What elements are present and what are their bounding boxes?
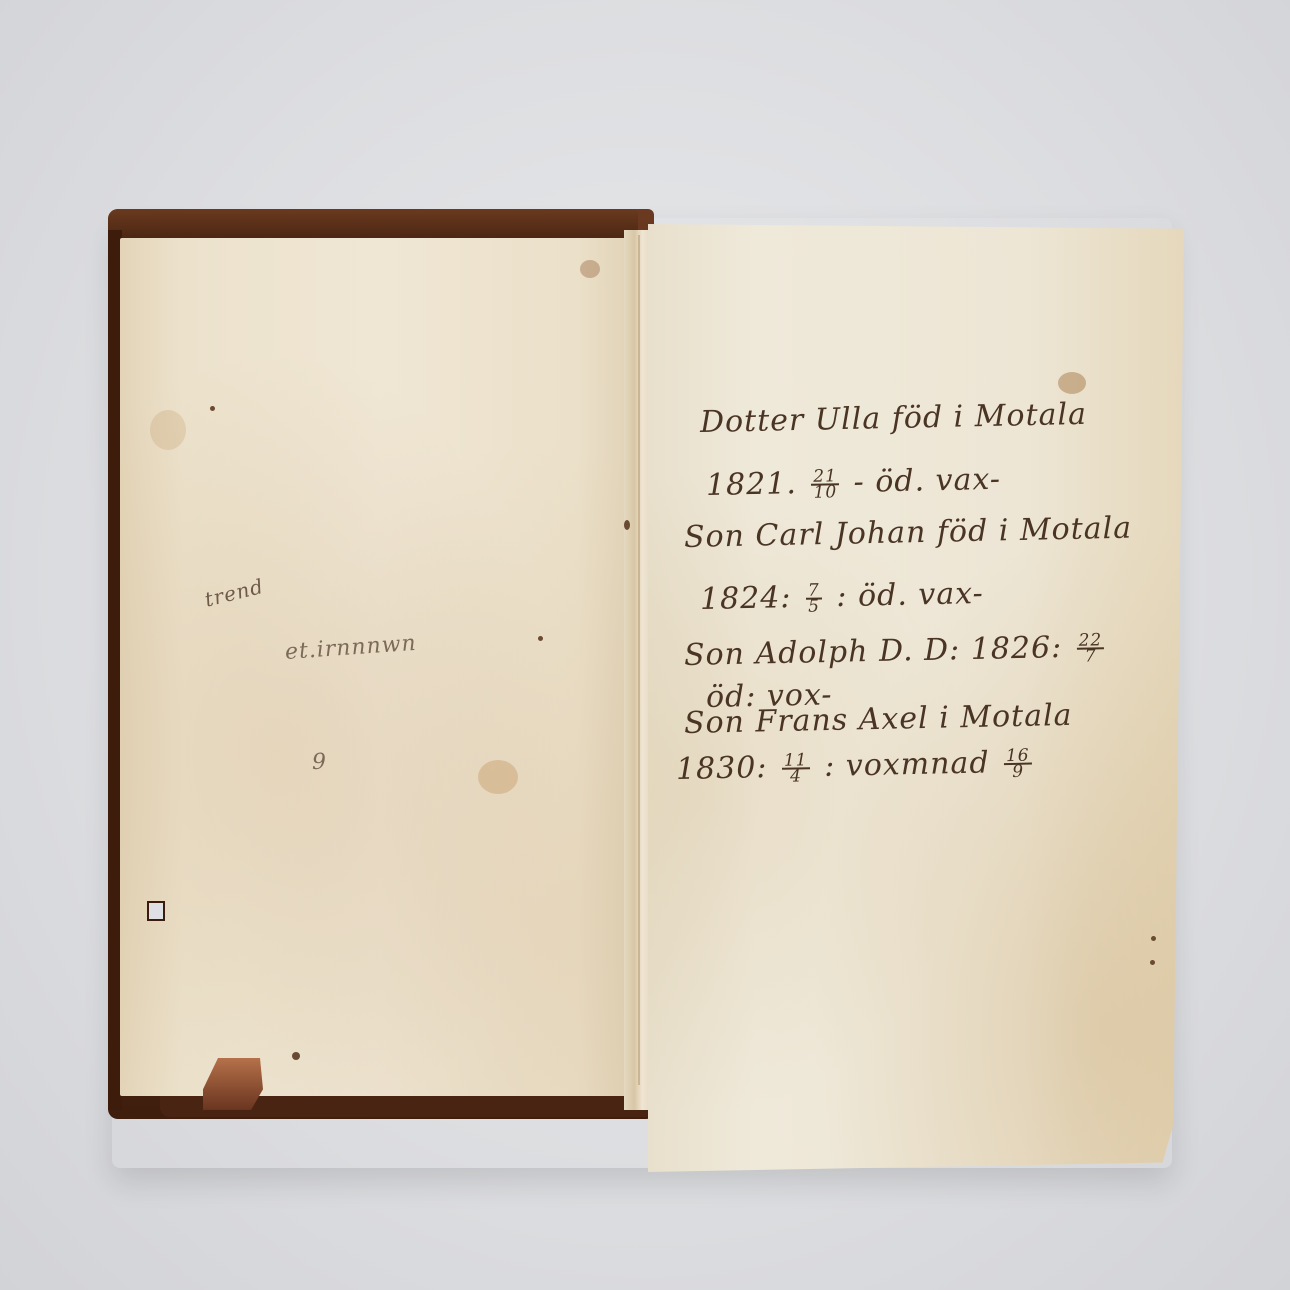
foxing-stain: [580, 260, 600, 278]
entry-year: 1821.: [706, 466, 798, 503]
entry-date-fraction: 227: [1076, 633, 1104, 664]
entry-date-fraction: 169: [1004, 749, 1032, 780]
entry-year: 1824:: [700, 580, 792, 617]
cover-edge-top: [108, 209, 638, 239]
ink-speck: [1150, 960, 1155, 965]
foxing-stain: [478, 760, 518, 794]
book-gutter: [624, 230, 650, 1110]
entry-date-fraction: 75: [806, 583, 822, 613]
left-pastedown-page: [120, 238, 640, 1096]
foxing-stain: [150, 410, 186, 450]
spine-crease: [638, 235, 640, 1085]
handwritten-entry-line: 1821. 2110 - öd. vax-: [706, 462, 1002, 503]
handwritten-entry-line: 1824: 75 : öd. vax-: [700, 576, 984, 617]
ink-speck: [1151, 936, 1156, 941]
ink-speck: [292, 1052, 300, 1060]
entry-note: : voxmnad: [824, 745, 990, 783]
ink-speck: [624, 520, 630, 530]
entry-date-fraction: 114: [782, 753, 810, 784]
pencil-note: 9: [312, 750, 328, 775]
ink-speck: [210, 406, 215, 411]
entry-date-fraction: 2110: [811, 469, 839, 500]
cover-hole: [147, 901, 165, 921]
entry-note: : öd. vax-: [836, 576, 984, 614]
entry-year: 1830:: [676, 750, 768, 787]
foxing-stain: [1058, 372, 1086, 394]
entry-note: - öd. vax-: [853, 462, 1001, 500]
ink-speck: [538, 636, 543, 641]
